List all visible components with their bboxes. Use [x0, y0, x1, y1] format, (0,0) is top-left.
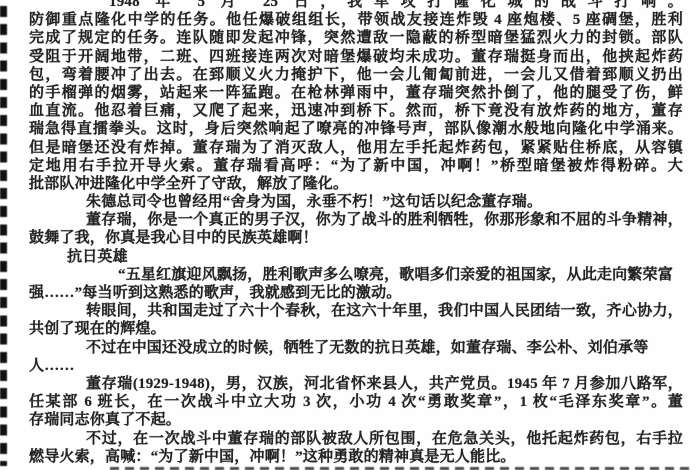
text-line: 包，弯着腰冲了出去。在郅顺义火力掩护下，他一会儿匍匐前进，一会儿又借着郅顺义扔出: [29, 66, 683, 84]
text-line: 存瑞同志你真了不起。: [29, 411, 683, 429]
text-line: 董存瑞(1929-1948)，男，汉族，河北省怀来县人，共产党员。1945 年 …: [29, 375, 683, 393]
text-line: 董存瑞，你是一个真正的男子汉，你为了战斗的胜利牺牲，你那形象和不屈的斗争精神，: [29, 211, 683, 229]
text-line: 防御重点隆化中学的任务。他任爆破组组长，带领战友接连炸毁 4 座炮楼、5 座碉堡…: [29, 11, 683, 29]
text-line: 强……”每当听到这熟悉的歌声，我就感到无比的激动。: [29, 284, 683, 302]
text-block: 1948 年 5 月 25 日，我军攻打隆化城的战斗打响。董存瑞所在连队担负攻击…: [0, 0, 700, 466]
text-line: 的手榴弹的烟雾，站起来一阵猛跑。在枪林弹雨中，董存瑞突然扑倒了，他的腿受了伤，鲜: [29, 84, 683, 102]
text-line: 燃导火索，高喊：“为了新中国，冲啊！”这种勇敢的精神真是无人能比。: [29, 448, 683, 466]
text-line: 批部队冲进隆化中学全歼了守敌，解放了隆化。: [29, 175, 683, 193]
text-line: 转眼间，共和国走过了六十个春秋，在这六十年里，我们中国人民团结一致，齐心协力，: [29, 302, 683, 320]
document-page: 1948 年 5 月 25 日，我军攻打隆化城的战斗打响。董存瑞所在连队担负攻击…: [0, 0, 700, 470]
text-line: 血直流。他忍着巨痛，又爬了起来，迅速冲到桥下。然而，桥下竟没有放炸药的地方，董存: [29, 102, 683, 120]
scan-edge-artifact: [0, 6, 7, 466]
text-line: 不过，在一次战斗中董存瑞的部队被敌人所包围，在危急关头，他托起炸药包，右手拉: [29, 430, 683, 448]
text-line: 鼓舞了我，你真是我心目中的民族英雄啊！: [29, 229, 683, 247]
text-line: 人……: [29, 357, 683, 375]
text-line: 完成了规定的任务。连队随即发起冲锋，突然遭敌一隐蔽的桥型暗堡猛烈火力的封锁。部队: [29, 29, 683, 47]
text-line: 不过在中国还没成立的时候，牺牲了无数的抗日英雄，如董存瑞、李公朴、刘伯承等: [29, 339, 683, 357]
text-line: “五星红旗迎风飘扬，胜利歌声多么嘹亮，歌唱多们亲爱的祖国家，从此走向繁荣富: [29, 266, 683, 284]
text-line: 但是暗堡还没有炸掉。董存瑞为了消灭敌人，他用左手托起炸药包，紧紧贴住桥底，从容镇: [29, 139, 683, 157]
text-line: 任某部 6 班长，在一次战斗中立大功 3 次，小功 4 次“勇敢奖章”，1 枚“…: [29, 393, 683, 411]
text-line: 定地用右手拉开导火索。董存瑞看高呼：“为了新中国，冲啊！”桥型暗堡被炸得粉碎。大: [29, 157, 683, 175]
text-line: 受阻于开阔地带，二班、四班接连两次对暗堡爆破均未成功。董存瑞挺身而出，他挟起炸药: [29, 48, 683, 66]
text-line: 1948 年 5 月 25 日，我军攻打隆化城的战斗打响。董存瑞所在连队担负攻击…: [29, 0, 683, 11]
text-line: 朱德总司令也曾经用“舍身为国，永垂不朽！”这句话以纪念董存瑞。: [29, 193, 683, 211]
text-line: 瑞急得直擂拳头。这时，身后突然响起了嘹亮的冲锋号声，部队像潮水般地向隆化中学涌来…: [29, 120, 683, 138]
section-heading-line: 抗日英雄: [29, 248, 683, 266]
text-line: 共创了现在的辉煌。: [29, 320, 683, 338]
